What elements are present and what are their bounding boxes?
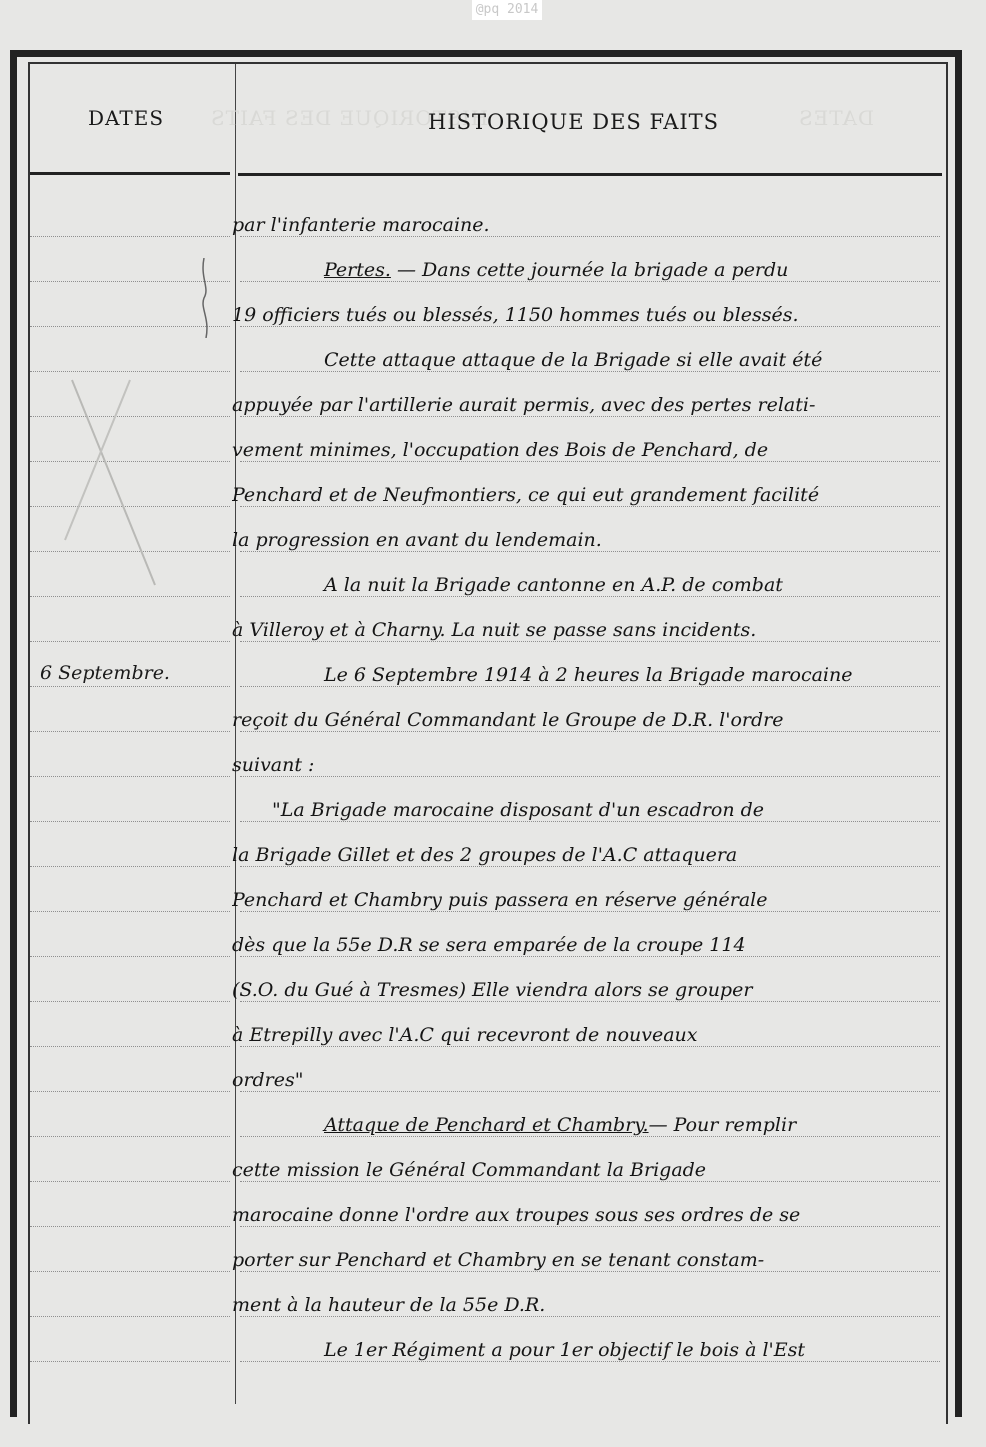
history-line: Le 6 Septembre 1914 à 2 heures la Brigad… bbox=[232, 664, 952, 686]
bleed-through-text: DATES bbox=[798, 106, 874, 130]
ruled-line bbox=[30, 641, 230, 642]
ruled-line bbox=[240, 551, 940, 552]
history-line: la progression en avant du lendemain. bbox=[232, 529, 952, 551]
ruled-line bbox=[240, 506, 940, 507]
ruled-line bbox=[30, 821, 230, 822]
ruled-line bbox=[240, 956, 940, 957]
ruled-line bbox=[240, 686, 940, 687]
history-line: suivant : bbox=[232, 754, 952, 776]
history-line: cette mission le Général Commandant la B… bbox=[232, 1159, 952, 1181]
ruled-line bbox=[30, 1271, 230, 1272]
margin-brace-icon bbox=[198, 258, 212, 338]
ruled-line bbox=[240, 1361, 940, 1362]
ruled-line bbox=[240, 461, 940, 462]
ruled-line bbox=[30, 1361, 230, 1362]
ruled-line bbox=[30, 1226, 230, 1227]
history-line: (S.O. du Gué à Tresmes) Elle viendra alo… bbox=[232, 979, 952, 1001]
ruled-line bbox=[240, 821, 940, 822]
heading-attaque: Attaque de Penchard et Chambry. bbox=[324, 1114, 649, 1136]
watermark: @pq 2014 bbox=[472, 0, 542, 20]
ruled-line bbox=[240, 596, 940, 597]
history-line: ment à la hauteur de la 55e D.R. bbox=[232, 1294, 952, 1316]
history-line: dès que la 55e D.R se sera emparée de la… bbox=[232, 934, 952, 956]
history-line: A la nuit la Brigade cantonne en A.P. de… bbox=[232, 574, 952, 596]
ruled-line bbox=[240, 416, 940, 417]
history-line: reçoit du Général Commandant le Groupe d… bbox=[232, 709, 952, 731]
ruled-line bbox=[240, 326, 940, 327]
pencil-cross-mark-icon bbox=[60, 370, 160, 590]
ruled-line bbox=[30, 1136, 230, 1137]
ruled-line bbox=[240, 1136, 940, 1137]
history-line: à Villeroy et à Charny. La nuit se passe… bbox=[232, 619, 952, 641]
history-line: Penchard et Chambry puis passera en rése… bbox=[232, 889, 952, 911]
ruled-line bbox=[30, 1316, 230, 1317]
ruled-line bbox=[30, 1181, 230, 1182]
ruled-line bbox=[30, 911, 230, 912]
ruled-line bbox=[30, 686, 230, 687]
history-line: ordres" bbox=[232, 1069, 952, 1091]
history-line: vement minimes, l'occupation des Bois de… bbox=[232, 439, 952, 461]
ruled-line bbox=[30, 731, 230, 732]
ruled-line bbox=[240, 1046, 940, 1047]
ruled-line bbox=[240, 776, 940, 777]
ruled-line bbox=[30, 1091, 230, 1092]
ruled-line bbox=[240, 371, 940, 372]
ruled-line bbox=[30, 236, 230, 237]
history-line: marocaine donne l'ordre aux troupes sous… bbox=[232, 1204, 952, 1226]
history-line: "La Brigade marocaine disposant d'un esc… bbox=[232, 799, 952, 821]
ruled-line bbox=[240, 731, 940, 732]
ruled-line bbox=[240, 1316, 940, 1317]
ruled-line bbox=[240, 911, 940, 912]
ruled-line bbox=[240, 866, 940, 867]
ruled-line bbox=[240, 281, 940, 282]
ruled-line bbox=[240, 1181, 940, 1182]
ruled-line bbox=[240, 236, 940, 237]
history-line: Penchard et de Neufmontiers, ce qui eut … bbox=[232, 484, 952, 506]
column-header-dates: DATES bbox=[88, 106, 164, 130]
header-rule bbox=[30, 172, 230, 175]
ruled-line bbox=[240, 1271, 940, 1272]
ruled-line bbox=[240, 1091, 940, 1092]
history-line: à Etrepilly avec l'A.C qui recevront de … bbox=[232, 1024, 952, 1046]
ruled-line bbox=[240, 641, 940, 642]
ruled-line bbox=[30, 596, 230, 597]
ruled-line bbox=[240, 1226, 940, 1227]
ruled-line bbox=[30, 776, 230, 777]
column-header-history: HISTORIQUE DES FAITS bbox=[428, 110, 719, 134]
header-rule bbox=[238, 173, 942, 176]
ruled-line bbox=[30, 956, 230, 957]
ruled-line bbox=[30, 1001, 230, 1002]
ruled-line bbox=[240, 1001, 940, 1002]
history-line: porter sur Penchard et Chambry en se ten… bbox=[232, 1249, 952, 1271]
history-line: Cette attaque attaque de la Brigade si e… bbox=[232, 349, 952, 371]
history-line: par l'infanterie marocaine. bbox=[232, 214, 952, 236]
history-line-rest: — Pour remplir bbox=[649, 1114, 797, 1136]
history-line: appuyée par l'artillerie aurait permis, … bbox=[232, 394, 952, 416]
ruled-line bbox=[30, 1046, 230, 1047]
date-entry: 6 Septembre. bbox=[40, 662, 170, 684]
history-line: Le 1er Régiment a pour 1er objectif le b… bbox=[232, 1339, 952, 1361]
history-line-rest: — Dans cette journée la brigade a perdu bbox=[391, 259, 788, 281]
history-line: Attaque de Penchard et Chambry.— Pour re… bbox=[232, 1114, 952, 1136]
heading-pertes: Pertes. bbox=[324, 259, 391, 281]
history-line: la Brigade Gillet et des 2 groupes de l'… bbox=[232, 844, 952, 866]
history-line: 19 officiers tués ou blessés, 1150 homme… bbox=[232, 304, 952, 326]
history-line: Pertes. — Dans cette journée la brigade … bbox=[232, 259, 952, 281]
ruled-line bbox=[30, 866, 230, 867]
